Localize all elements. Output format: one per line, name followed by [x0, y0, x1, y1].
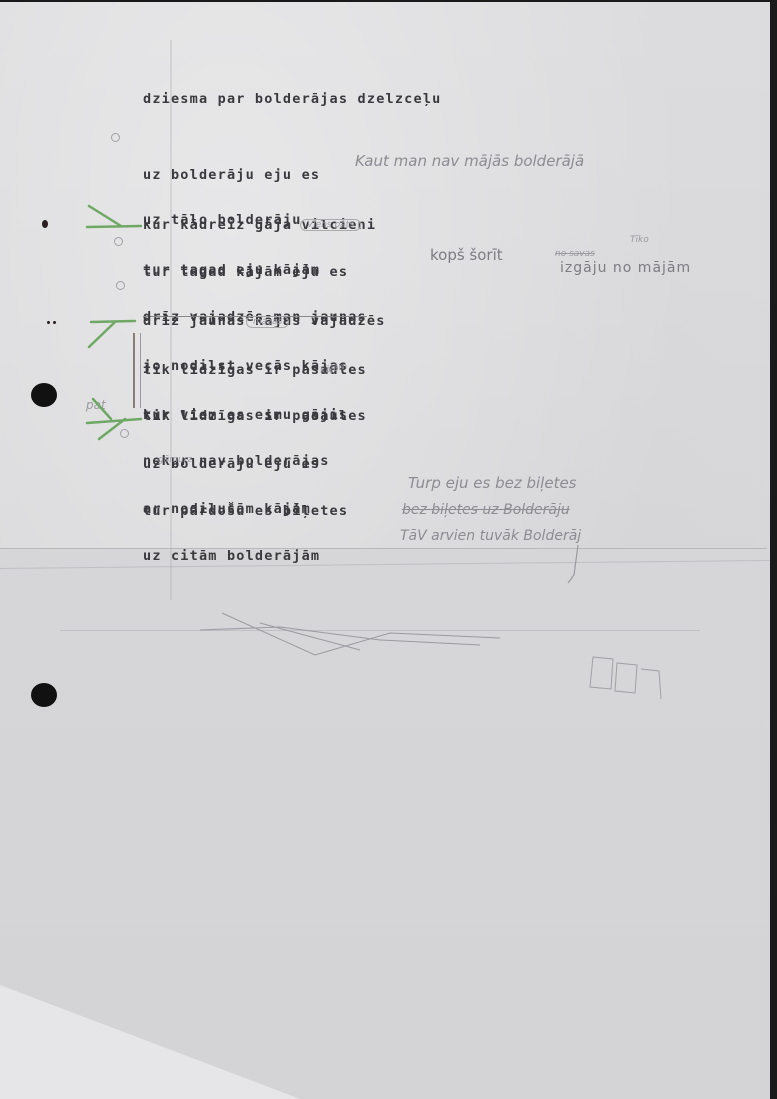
ink-dot — [42, 220, 48, 228]
circle-mark — [114, 237, 123, 246]
pencil-note: Viens pats — [300, 219, 361, 231]
stanza-line: tik līdzīgas ir pasaules — [143, 409, 367, 424]
green-check-icon — [85, 200, 145, 235]
pencil-note: Kaut man nav mājās bolderājā — [355, 152, 584, 170]
stanza-line: tur tagad kājām eju es — [143, 265, 367, 280]
pencil-stroke — [560, 545, 590, 585]
pencil-note: izgāju no mājām — [560, 260, 691, 276]
pencil-note: Tīko — [630, 235, 649, 245]
pencil-note: bez biļetes uz Bolderāju — [402, 502, 570, 518]
stanza-line: uz citām bolderājām — [143, 549, 348, 564]
pencil-scribble — [200, 605, 520, 665]
circle-mark — [111, 133, 120, 142]
pencil-note: no savas — [555, 249, 595, 259]
pencil-note: gāmurz — [158, 455, 192, 465]
pencil-boxes-icon — [585, 655, 685, 700]
green-check-icon — [85, 318, 145, 353]
pencil-note: TāV arvien tuvāk Bolderāj — [400, 528, 581, 544]
circle-mark — [116, 281, 125, 290]
ink-dot — [53, 321, 56, 324]
pencil-note: Turp eju es bez biļetes — [408, 474, 577, 492]
stanza-line: uz bolderāju eju es — [143, 168, 320, 183]
pencil-note: mazās — [246, 316, 289, 328]
stanza-line: tur pārdošu es biļetes — [143, 504, 348, 519]
punch-hole — [31, 683, 57, 707]
ink-dot — [47, 321, 50, 324]
punch-hole — [31, 383, 57, 407]
document-title: dziesma par bolderājas dzelzceļu — [143, 92, 442, 107]
green-check-icon — [85, 395, 145, 445]
stanza-8: tur pārdošu es biļetes uz citām bolderāj… — [143, 474, 348, 579]
pencil-note: kopš šorīt — [430, 246, 503, 264]
